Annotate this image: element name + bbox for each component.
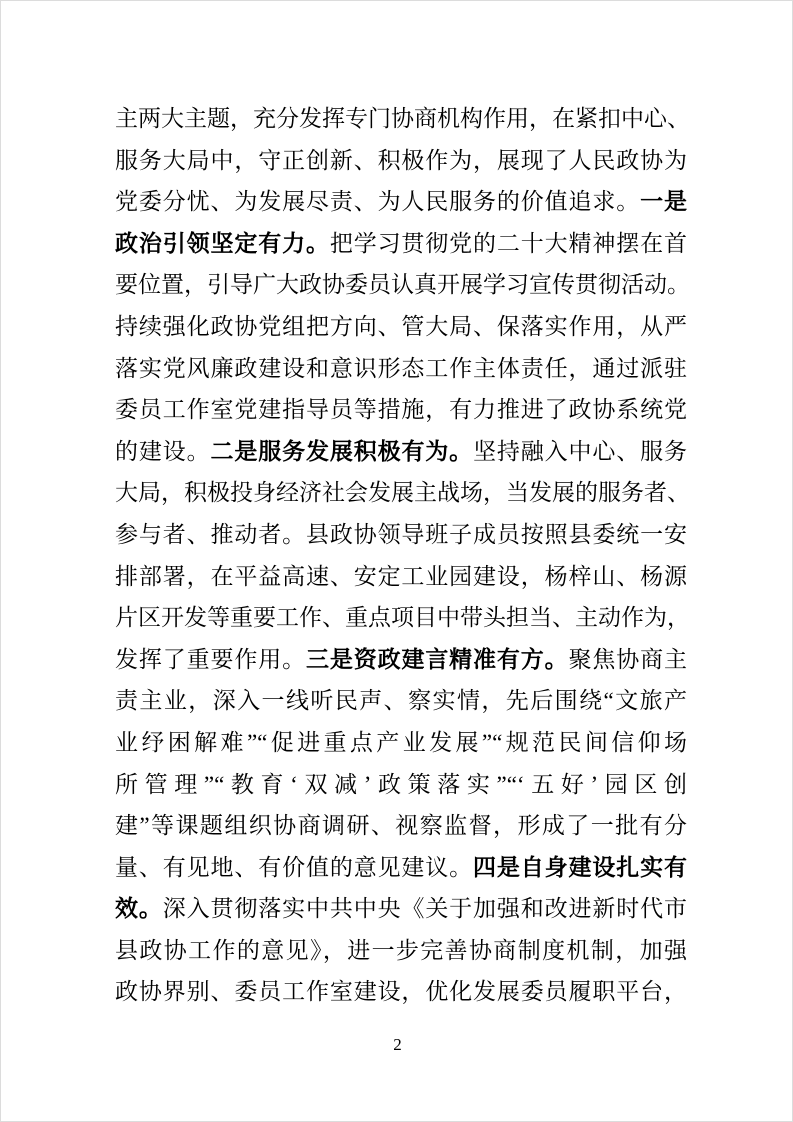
bold-text-segment: 一是 [640,189,687,214]
text-line: 建”等课题组织协商调研、视察监督，形成了一批有分 [115,805,687,847]
bold-text-segment: 政治引领坚定有力。 [115,231,330,256]
text-line: 排部署，在平益高速、安定工业园建设，杨梓山、杨源 [115,556,687,598]
bold-text-segment: 效。 [115,896,163,921]
text-segment: 政协界别、委员工作室建设，优化发展委员履职平台， [115,979,687,1004]
text-line: 政协界别、委员工作室建设，优化发展委员履职平台， [115,971,687,1013]
document-body: 主两大主题，充分发挥专门协商机构作用，在紧扣中心、服务大局中，守正创新、积极作为… [115,98,687,1013]
text-segment: 的建设。 [115,439,210,464]
text-segment: 片区开发等重要工作、重点项目中带头担当、主动作为， [115,605,690,630]
text-segment: 参与者、推动者。县政协领导班子成员按照县委统一安 [115,522,687,547]
text-line: 党委分忧、为发展尽责、为人民服务的价值追求。一是 [115,181,687,223]
text-segment: 责主业，深入一线听民声、察实情，先后围绕“文旅产 [115,688,687,713]
text-segment: 建”等课题组织协商调研、视察监督，形成了一批有分 [115,813,687,838]
text-line: 的建设。二是服务发展积极有为。坚持融入中心、服务 [115,431,687,473]
text-line: 参与者、推动者。县政协领导班子成员按照县委统一安 [115,514,687,556]
text-segment: 大局，积极投身经济社会发展主战场，当发展的服务者、 [115,480,690,505]
bold-text-segment: 三是资政建言精准有方。 [306,647,569,672]
text-line: 要位置，引导广大政协委员认真开展学习宣传贯彻活动。 [115,264,687,306]
text-line: 落实党风廉政建设和意识形态工作主体责任，通过派驻 [115,348,687,390]
text-line: 县政协工作的意见》，进一步完善协商制度机制，加强 [115,930,687,972]
text-segment: 所管理”“教育‘双减’政策落实”“‘五好’园区创 [115,772,687,797]
text-segment: 落实党风廉政建设和意识形态工作主体责任，通过派驻 [115,356,687,381]
text-line: 发挥了重要作用。三是资政建言精准有方。聚焦协商主 [115,639,687,681]
text-segment: 业纾困解难”“促进重点产业发展”“规范民间信仰场 [115,730,687,755]
text-segment: 排部署，在平益高速、安定工业园建设，杨梓山、杨源 [115,564,687,589]
text-segment: 深入贯彻落实中共中央《关于加强和改进新时代市 [163,896,687,921]
text-segment: 主两大主题，充分发挥专门协商机构作用，在紧扣中心、 [115,106,690,131]
text-line: 委员工作室党建指导员等措施，有力推进了政协系统党 [115,389,687,431]
document-page: 主两大主题，充分发挥专门协商机构作用，在紧扣中心、服务大局中，守正创新、积极作为… [0,0,793,1122]
text-segment: 党委分忧、为发展尽责、为人民服务的价值追求。 [115,189,640,214]
text-segment: 县政协工作的意见》，进一步完善协商制度机制，加强 [115,938,687,963]
text-line: 持续强化政协党组把方向、管大局、保落实作用，从严 [115,306,687,348]
bold-text-segment: 二是服务发展积极有为。 [210,439,473,464]
text-segment: 委员工作室党建指导员等措施，有力推进了政协系统党 [115,397,687,422]
text-segment: 服务大局中，守正创新、积极作为，展现了人民政协为 [115,148,687,173]
text-segment: 持续强化政协党组把方向、管大局、保落实作用，从严 [115,314,687,339]
text-line: 片区开发等重要工作、重点项目中带头担当、主动作为， [115,597,687,639]
text-line: 服务大局中，守正创新、积极作为，展现了人民政协为 [115,140,687,182]
text-segment: 量、有见地、有价值的意见建议。 [115,855,473,880]
text-line: 量、有见地、有价值的意见建议。四是自身建设扎实有 [115,847,687,889]
text-segment: 坚持融入中心、服务 [473,439,687,464]
text-line: 责主业，深入一线听民声、察实情，先后围绕“文旅产 [115,680,687,722]
text-line: 主两大主题，充分发挥专门协商机构作用，在紧扣中心、 [115,98,687,140]
text-line: 所管理”“教育‘双减’政策落实”“‘五好’园区创 [115,764,687,806]
text-segment: 把学习贯彻党的二十大精神摆在首 [330,231,687,256]
text-line: 业纾困解难”“促进重点产业发展”“规范民间信仰场 [115,722,687,764]
text-segment: 要位置，引导广大政协委员认真开展学习宣传贯彻活动。 [115,272,690,297]
text-segment: 发挥了重要作用。 [115,647,306,672]
text-line: 大局，积极投身经济社会发展主战场，当发展的服务者、 [115,472,687,514]
page-number: 2 [1,1033,793,1057]
text-line: 政治引领坚定有力。把学习贯彻党的二十大精神摆在首 [115,223,687,265]
text-segment: 聚焦协商主 [569,647,687,672]
text-line: 效。深入贯彻落实中共中央《关于加强和改进新时代市 [115,888,687,930]
bold-text-segment: 四是自身建设扎实有 [473,855,687,880]
